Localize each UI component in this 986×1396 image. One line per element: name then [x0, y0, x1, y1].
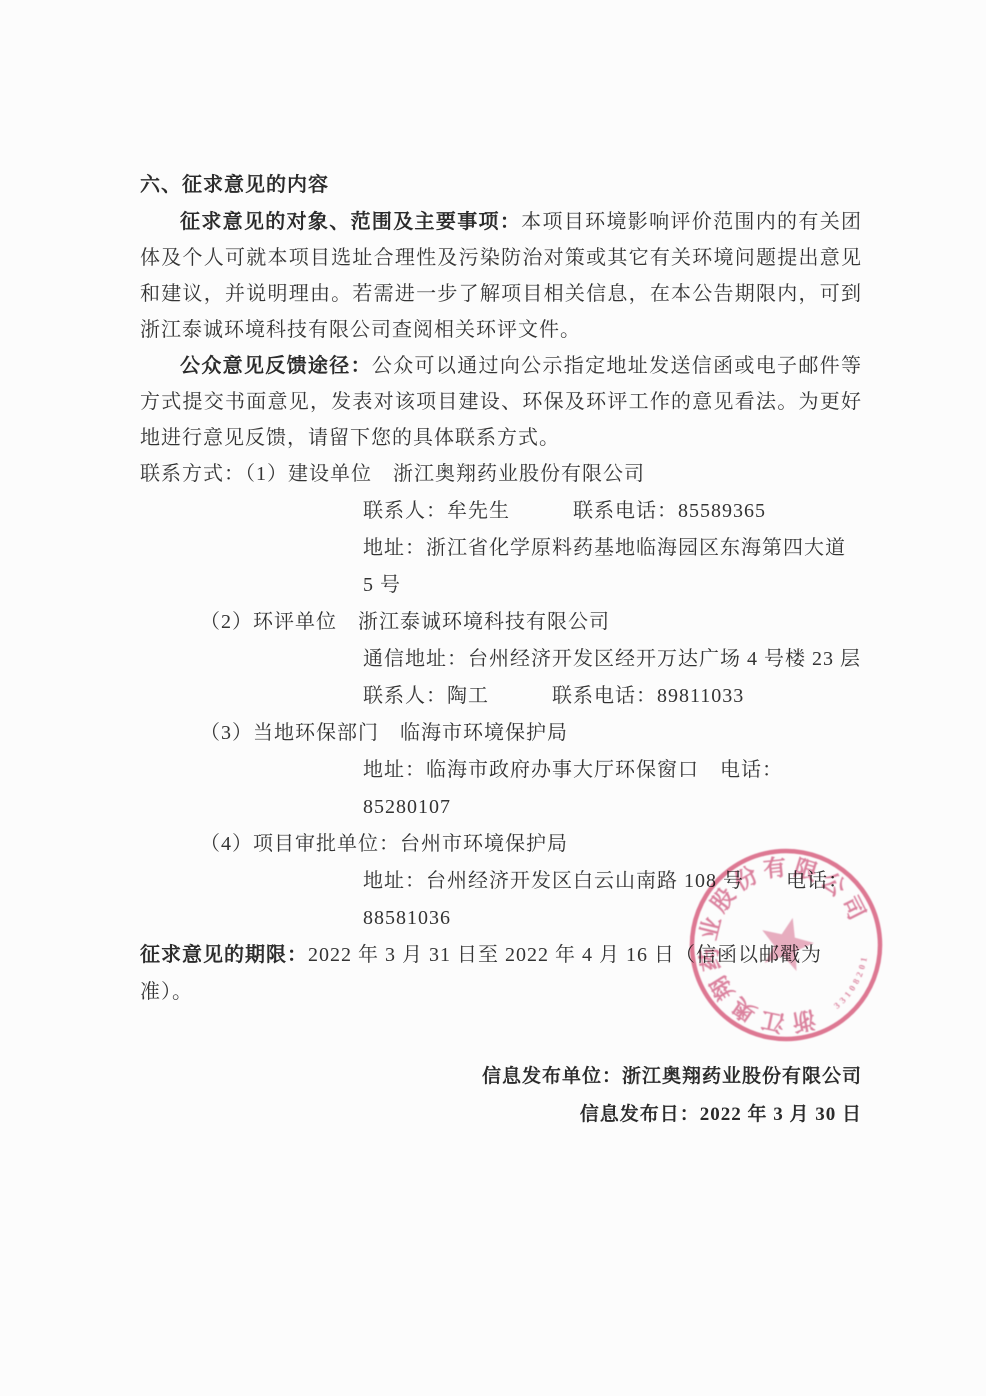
contact-2-detail-person: 联系人：陶工 联系电话：89811033: [363, 678, 862, 715]
contact-2-detail-address: 通信地址：台州经济开发区经开万达广场 4 号楼 23 层: [363, 641, 862, 678]
contact-3-detail-address: 地址：临海市政府办事大厅环保窗口 电话： 85280107: [363, 752, 862, 826]
publish-date-line: 信息发布日：2022 年 3 月 30 日: [140, 1096, 862, 1134]
paragraph-feedback: 公众意见反馈途径：公众可以通过向公示指定地址发送信函或电子邮件等方式提交书面意见…: [140, 348, 862, 456]
deadline-label: 征求意见的期限：: [140, 944, 308, 966]
contact-1-detail-address: 地址：浙江省化学原料药基地临海园区东海第四大道 5 号: [363, 530, 862, 604]
contact-3-header: （3）当地环保部门 临海市环境保护局: [200, 715, 862, 752]
seal-star-icon: [748, 908, 819, 980]
publisher-line: 信息发布单位：浙江奥翔药业股份有限公司: [140, 1058, 862, 1096]
publish-date-value: 2022 年 3 月 30 日: [700, 1104, 862, 1125]
contact-1-detail-person: 联系人：牟先生 联系电话：85589365: [363, 493, 862, 530]
contact-row-1: 联系方式：（1）建设单位 浙江奥翔药业股份有限公司: [140, 456, 862, 493]
paragraph-scope-label: 征求意见的对象、范围及主要事项：: [180, 211, 521, 233]
company-seal-stamp: 浙江奥翔药业股份有限公司 3310820111978: [686, 845, 886, 1045]
publish-date-label: 信息发布日：: [580, 1104, 700, 1125]
contact-1-header: （1）建设单位 浙江奥翔药业股份有限公司: [245, 463, 645, 485]
contact-2-header: （2）环评单位 浙江泰诚环境科技有限公司: [200, 604, 862, 641]
publisher-name: 浙江奥翔药业股份有限公司: [622, 1066, 862, 1087]
publisher-label: 信息发布单位：: [482, 1066, 622, 1087]
paragraph-scope: 征求意见的对象、范围及主要事项：本项目环境影响评价范围内的有关团体及个人可就本项…: [140, 204, 862, 348]
contacts-label: 联系方式：: [140, 463, 245, 485]
footer-block: 信息发布单位：浙江奥翔药业股份有限公司 信息发布日：2022 年 3 月 30 …: [140, 1058, 862, 1134]
document-page: 六、征求意见的内容 征求意见的对象、范围及主要事项：本项目环境影响评价范围内的有…: [0, 0, 986, 1396]
section-heading: 六、征求意见的内容: [140, 167, 862, 204]
paragraph-feedback-label: 公众意见反馈途径：: [180, 355, 372, 377]
